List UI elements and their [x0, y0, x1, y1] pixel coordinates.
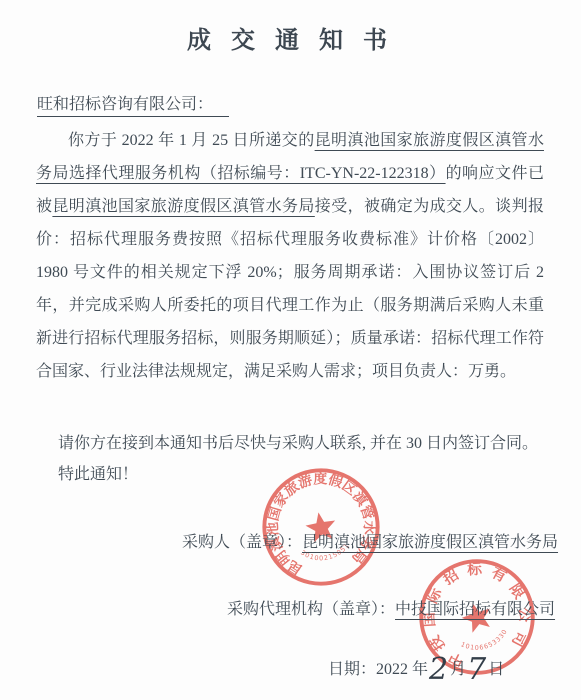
award-notice-document: 成 交 通 知 书 旺和招标咨询有限公司： 你方于 2022 年 1 月 25 … [0, 0, 581, 700]
date-month-label: 月 [450, 661, 466, 678]
date-day-handwritten: 7 [467, 652, 486, 687]
svg-text:5301002150517: 5301002150517 [256, 462, 353, 573]
body-segment-1: 你方于 2022 年 1 月 25 日所递交的 [68, 132, 315, 149]
main-paragraph: 你方于 2022 年 1 月 25 日所递交的昆明滇池国家旅游度假区滇管水务局选… [36, 124, 544, 388]
purchaser-value: 昆明滇池国家旅游度假区滇管水务局 [302, 534, 558, 551]
closing-line: 请你方在接到本通知书后尽快与采购人联系, 并在 30 日内签订合同。 [36, 427, 558, 460]
body-segment-4-underlined: 昆明滇池国家旅游度假区滇管水务局 [52, 198, 314, 215]
page-title: 成 交 通 知 书 [0, 20, 581, 55]
purchaser-label: 采购人（盖章）： [182, 534, 302, 551]
body-segment-5: 接受，被确定为成交人。谈判报价：招标代理服务费按照《招标代理服务收费标准》计价格… [36, 198, 544, 380]
date-month-handwritten: 2 [429, 652, 448, 687]
agency-signature-line: 采购代理机构（盖章）：中技国际招标有限公司 [227, 596, 555, 619]
purchaser-seal-stamp-icon: 昆明滇池国家旅游度假区滇管水务局 5301002150517 [256, 462, 386, 592]
addressee-line: 旺和招标咨询有限公司： [37, 91, 229, 117]
purchaser-seal-serial: 5301002150517 [256, 462, 353, 573]
date-year: 2022 年 [376, 661, 428, 678]
svg-text:昆明滇池国家旅游度假区滇管水务局: 昆明滇池国家旅游度假区滇管水务局 [256, 462, 385, 582]
date-label: 日期： [328, 661, 376, 678]
notice-line: 特此通知！ [58, 461, 138, 484]
purchaser-seal-ring-text: 昆明滇池国家旅游度假区滇管水务局 [256, 462, 385, 582]
purchaser-signature-line: 采购人（盖章）：昆明滇池国家旅游度假区滇管水务局 [182, 529, 558, 552]
addressee-company: 旺和招标咨询有限公司： [37, 91, 229, 117]
agency-value: 中技国际招标有限公司 [395, 601, 555, 618]
date-day-label: 日 [488, 661, 504, 678]
date-line: 日期：2022 年2月7日 [328, 655, 504, 685]
agency-label: 采购代理机构（盖章）： [227, 601, 395, 618]
seal-ring [256, 462, 386, 592]
